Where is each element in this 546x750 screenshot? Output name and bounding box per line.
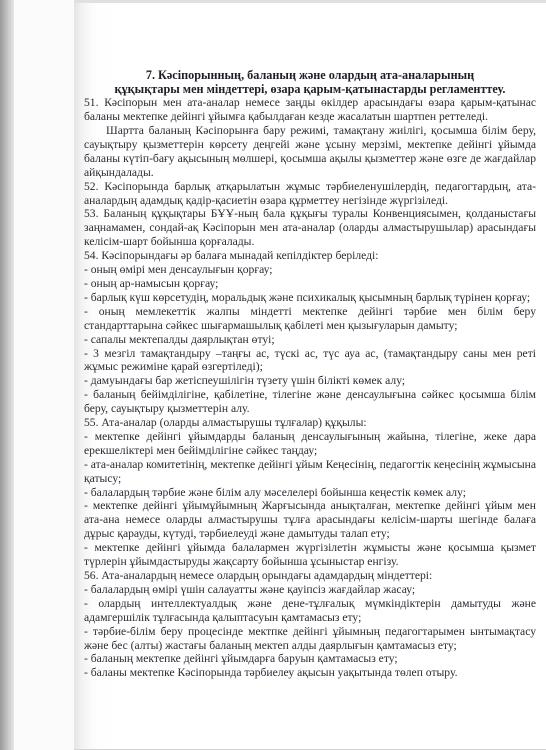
paragraph: 56. Ата-аналардың немесе олардың орындағ… [84,569,536,583]
paragraph: 52. Кәсіпорында барлық атқарылатын жұмыс… [84,180,536,208]
document-body: 7. Кәсіпорынның, баланың және олардың ат… [84,69,536,680]
list-item: - баланы мектепке Кәсіпорында тәрбиелеу … [84,666,536,680]
list-item: - баланың бейімділігіне, қабілетіне, тіл… [84,388,536,416]
paragraph: 54. Кәсіпорындағы әр балаға мынадай кепі… [84,249,536,263]
list-item: - балалардың өмірі үшін салауатты және қ… [84,583,536,597]
list-item: - баланың мектепке дейінгі ұйымдарға бар… [84,652,536,666]
list-item: - тәрбие-білім беру процесінде мектпке д… [84,625,536,653]
list-item: - мектепке дейінгі ұйымұйымның Жарғысынд… [84,499,536,541]
list-item: - ата-аналар комитетінің, мектепке дейін… [84,458,536,486]
paragraph: Шартта баланың Кәсіпорынға бару режимі, … [84,124,536,180]
list-item: - оның ар-намысын қорғау; [84,277,536,291]
list-item: - мектепке дейінгі ұйымда балалармен жүр… [84,541,536,569]
document-page: 7. Кәсіпорынның, баланың және олардың ат… [74,0,546,750]
list-item: - олардың интеллектуалдық және дене-тұлғ… [84,597,536,625]
paragraph-list: 51. Кәсіпорын мен ата-аналар немесе заңд… [84,96,536,680]
scan-edge-shadow [0,0,14,750]
paragraph: 53. Баланың құқықтары БҰҰ-ның бала құқығ… [84,207,536,249]
list-item: - барлық күш көрсетудің, моральдық және … [84,291,536,305]
section-heading-line-2: құқықтары мен міндеттері, өзара қарым-қа… [84,83,536,97]
list-item: - 3 мезгіл тамақтандыру –таңғы ас, түскі… [84,347,536,375]
list-item: - дамуындағы бар жетіспеушілігін түзету … [84,374,536,388]
list-item: - оның мемлекеттік жалпы міндетті мектеп… [84,305,536,333]
section-heading-line-1: 7. Кәсіпорынның, баланың және олардың ат… [84,69,536,83]
paragraph: 51. Кәсіпорын мен ата-аналар немесе заңд… [84,96,536,124]
list-item: - мектепке дейінгі ұйымдарды баланың ден… [84,430,536,458]
list-item: - балалардың тәрбие және білім алу мәсел… [84,486,536,500]
paragraph: 55. Ата-аналар (оларды алмастырушы тұлға… [84,416,536,430]
section-heading: 7. Кәсіпорынның, баланың және олардың ат… [84,69,536,96]
scan-margin-strip [14,0,74,750]
list-item: - сапалы мектепалды даярлықтан өтуі; [84,333,536,347]
list-item: - оның өмірі мен денсаулығын қорғау; [84,263,536,277]
